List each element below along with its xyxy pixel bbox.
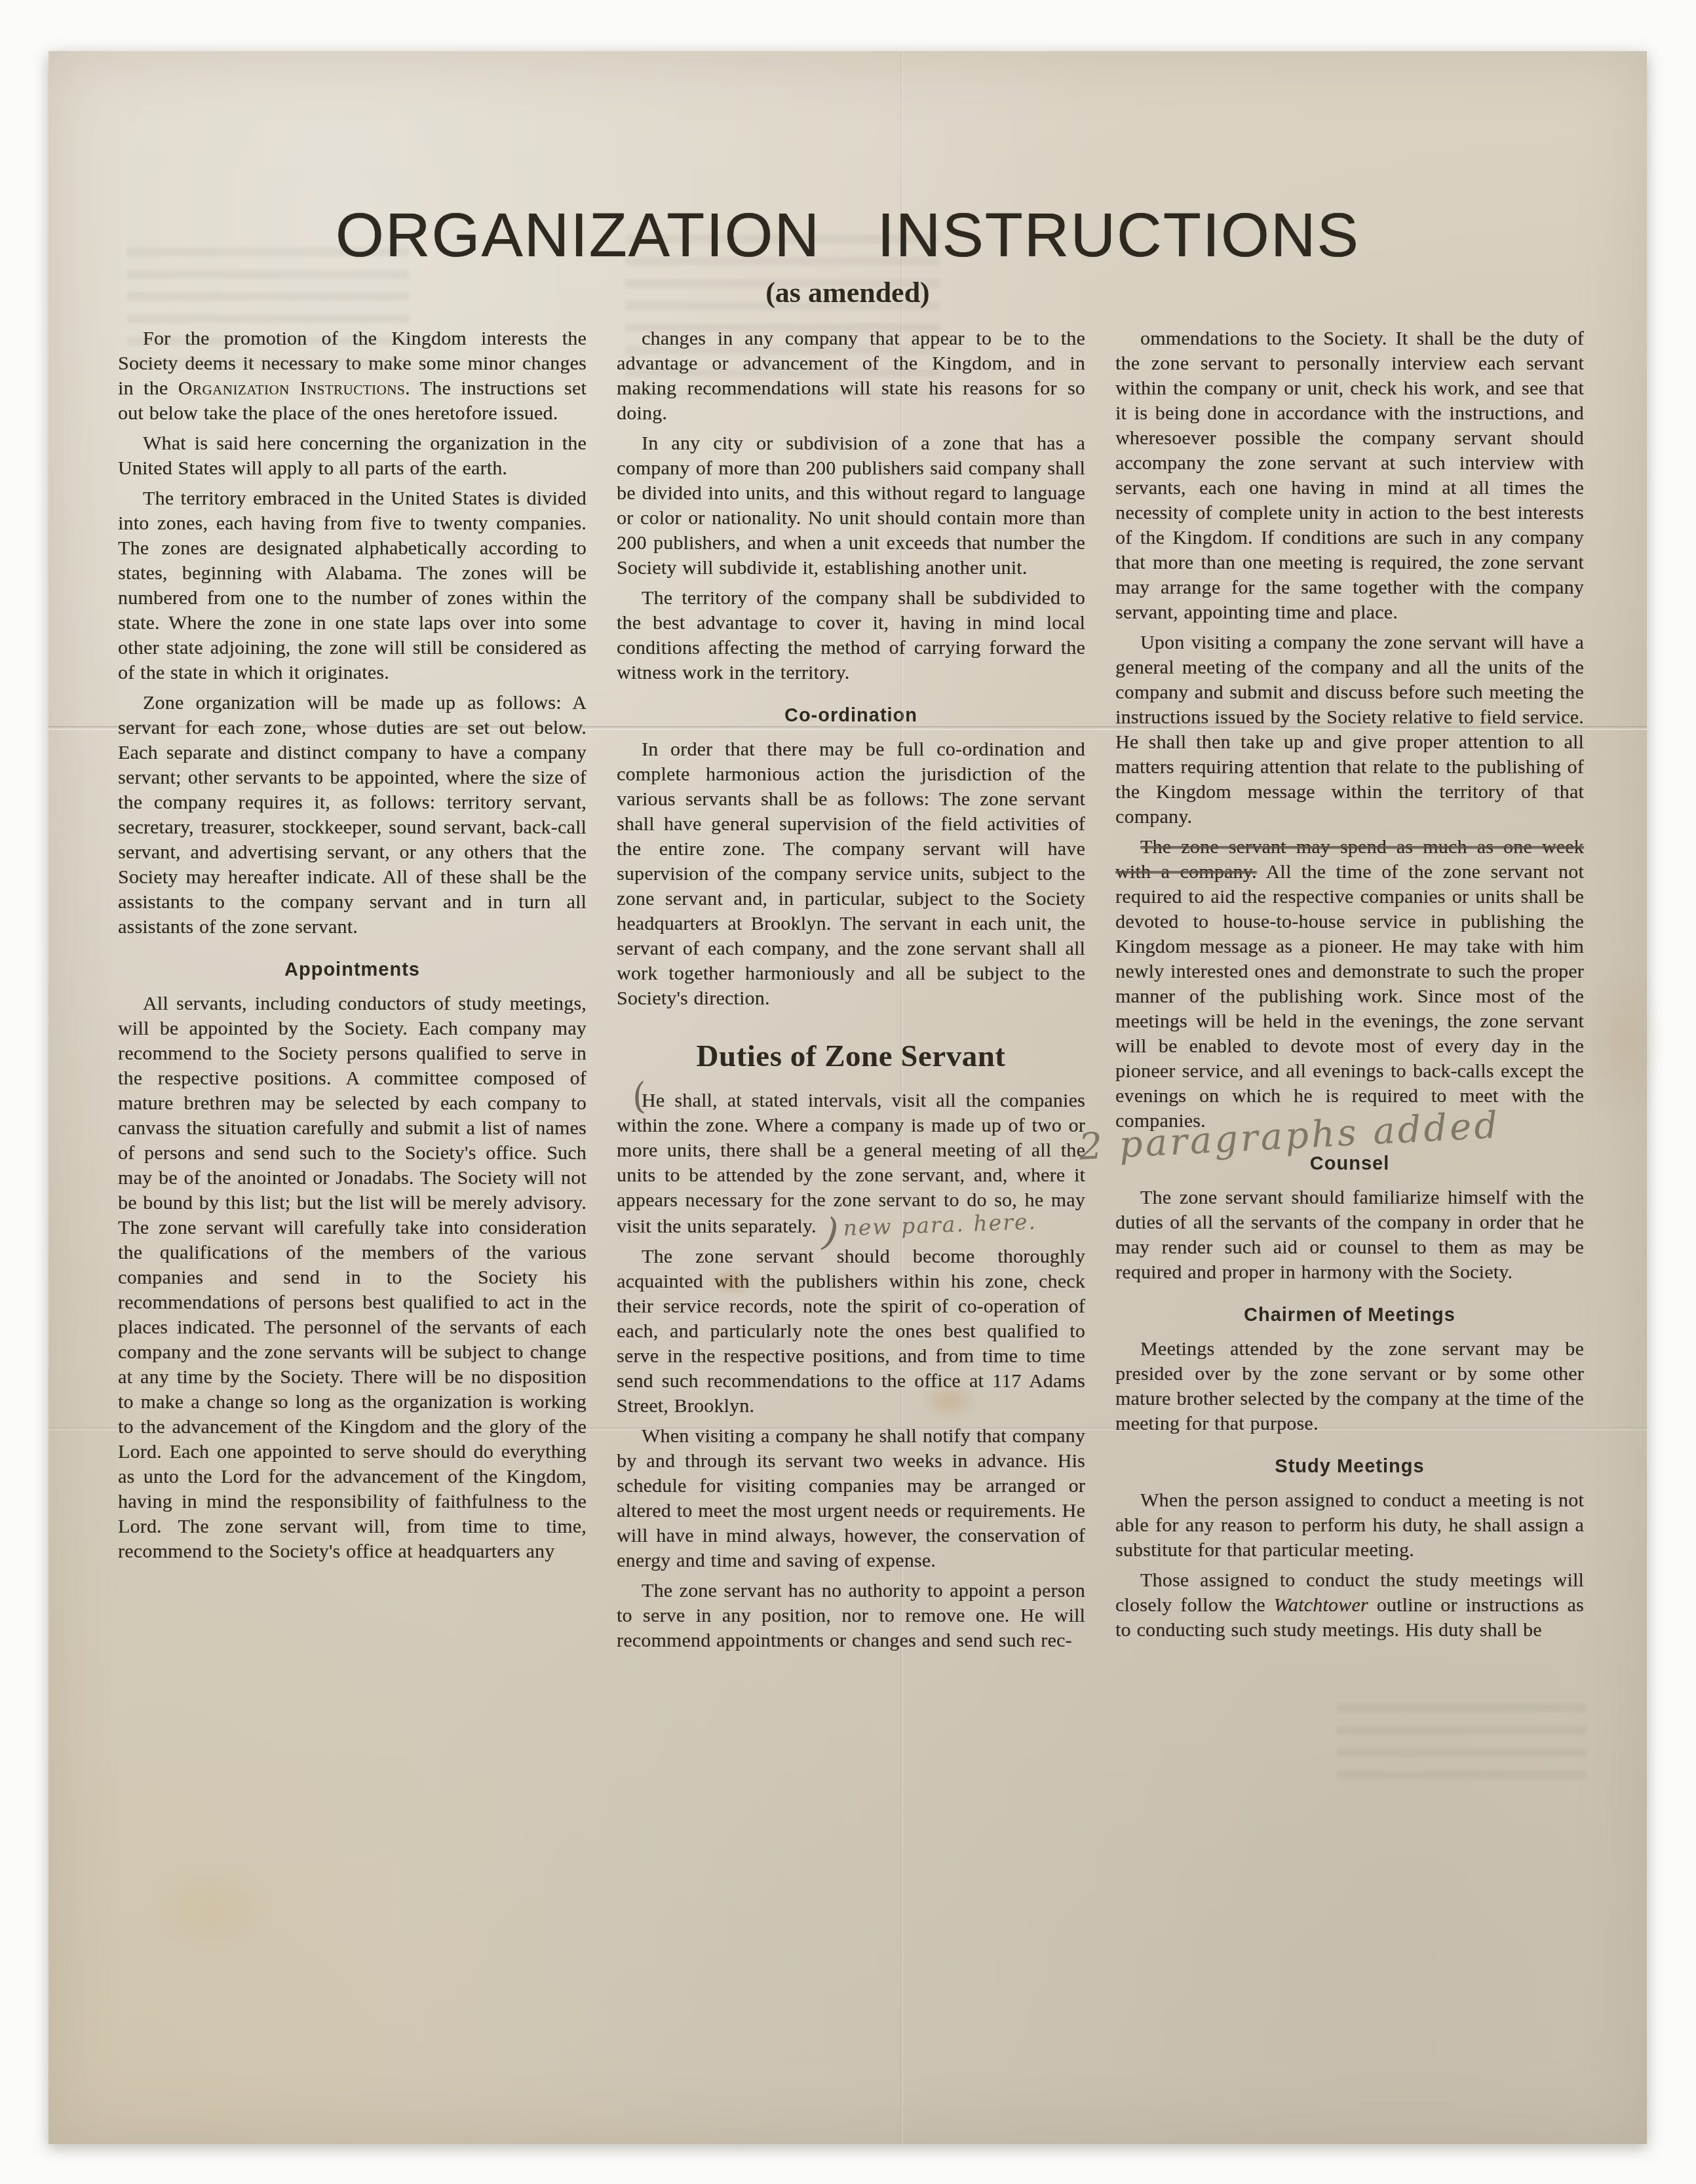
scanned-paper-sheet: ORGANIZATION INSTRUCTIONS (as amended) F… bbox=[48, 51, 1647, 2144]
page-title: ORGANIZATION INSTRUCTIONS bbox=[48, 51, 1647, 267]
paper-stain bbox=[147, 1860, 278, 1958]
paragraph: (He shall, at stated intervals, visit al… bbox=[617, 1088, 1085, 1239]
pencil-paren-mark: ) bbox=[823, 1231, 839, 1233]
paragraph: In order that there may be full co-ordin… bbox=[617, 737, 1085, 1011]
paragraph: Zone organization will be made up as fol… bbox=[118, 691, 587, 940]
paragraph: All servants, including conductors of st… bbox=[118, 991, 587, 1564]
pencil-note-new-para: )new para. here. bbox=[822, 1209, 1037, 1241]
paragraph-text: All the time of the zone servant not req… bbox=[1115, 861, 1584, 1132]
document-header: ORGANIZATION INSTRUCTIONS (as amended) bbox=[48, 51, 1647, 309]
pencil-paren-mark: ( bbox=[604, 1078, 649, 1121]
paragraph: The zone servant should familiarize hims… bbox=[1115, 1185, 1584, 1285]
paragraph: Meetings attended by the zone servant ma… bbox=[1115, 1337, 1584, 1436]
paragraph: In any city or subdivision of a zone tha… bbox=[617, 431, 1085, 581]
paper-stain bbox=[1575, 955, 1667, 1126]
paragraph-text: the publishers within his zone, check th… bbox=[617, 1271, 1085, 1417]
paragraph: When the person assigned to conduct a me… bbox=[1115, 1488, 1584, 1563]
paragraph: What is said here concerning the organiz… bbox=[118, 431, 587, 481]
section-heading-coordination: Co-ordination bbox=[617, 705, 1085, 727]
paragraph: The zone servant has no authority to app… bbox=[617, 1579, 1085, 1653]
section-heading-chairmen-of-meetings: Chairmen of Meetings bbox=[1115, 1305, 1584, 1326]
smudged-word: with bbox=[714, 1271, 750, 1292]
counsel-heading-wrap: 2 paragraphs added Counsel bbox=[1115, 1153, 1584, 1175]
ink-bleedthrough-ghost bbox=[1337, 1704, 1586, 1782]
column-3: ommendations to the Society. It shall be… bbox=[1115, 326, 1584, 1658]
italic-watchtower: Watchtower bbox=[1274, 1594, 1368, 1616]
paragraph: ommendations to the Society. It shall be… bbox=[1115, 326, 1584, 625]
paragraph: The territory embraced in the United Sta… bbox=[118, 486, 587, 685]
paragraph: Upon visiting a company the zone servant… bbox=[1115, 630, 1584, 830]
page-subtitle: (as amended) bbox=[48, 276, 1647, 309]
paragraph: The zone servant should become thoroughl… bbox=[617, 1244, 1085, 1419]
column-2: changes in any company that appear to be… bbox=[617, 326, 1085, 1658]
section-heading-duties-of-zone-servant: Duties of Zone Servant bbox=[617, 1039, 1085, 1074]
section-heading-study-meetings: Study Meetings bbox=[1115, 1456, 1584, 1478]
paragraph: Those assigned to conduct the study meet… bbox=[1115, 1568, 1584, 1643]
section-heading-appointments: Appointments bbox=[118, 959, 587, 981]
column-1: For the promotion of the Kingdom interes… bbox=[118, 326, 587, 1658]
three-column-body: For the promotion of the Kingdom interes… bbox=[48, 309, 1647, 1658]
paragraph: When visiting a company he shall notify … bbox=[617, 1424, 1085, 1573]
paragraph: For the promotion of the Kingdom interes… bbox=[118, 326, 587, 426]
paragraph: The territory of the company shall be su… bbox=[617, 586, 1085, 685]
paragraph: changes in any company that appear to be… bbox=[617, 326, 1085, 426]
small-caps-text: Organization Instructions bbox=[178, 377, 405, 399]
pencil-note-text: new para. here. bbox=[843, 1208, 1037, 1240]
paragraph: The zone servant may spend as much as on… bbox=[1115, 835, 1584, 1134]
